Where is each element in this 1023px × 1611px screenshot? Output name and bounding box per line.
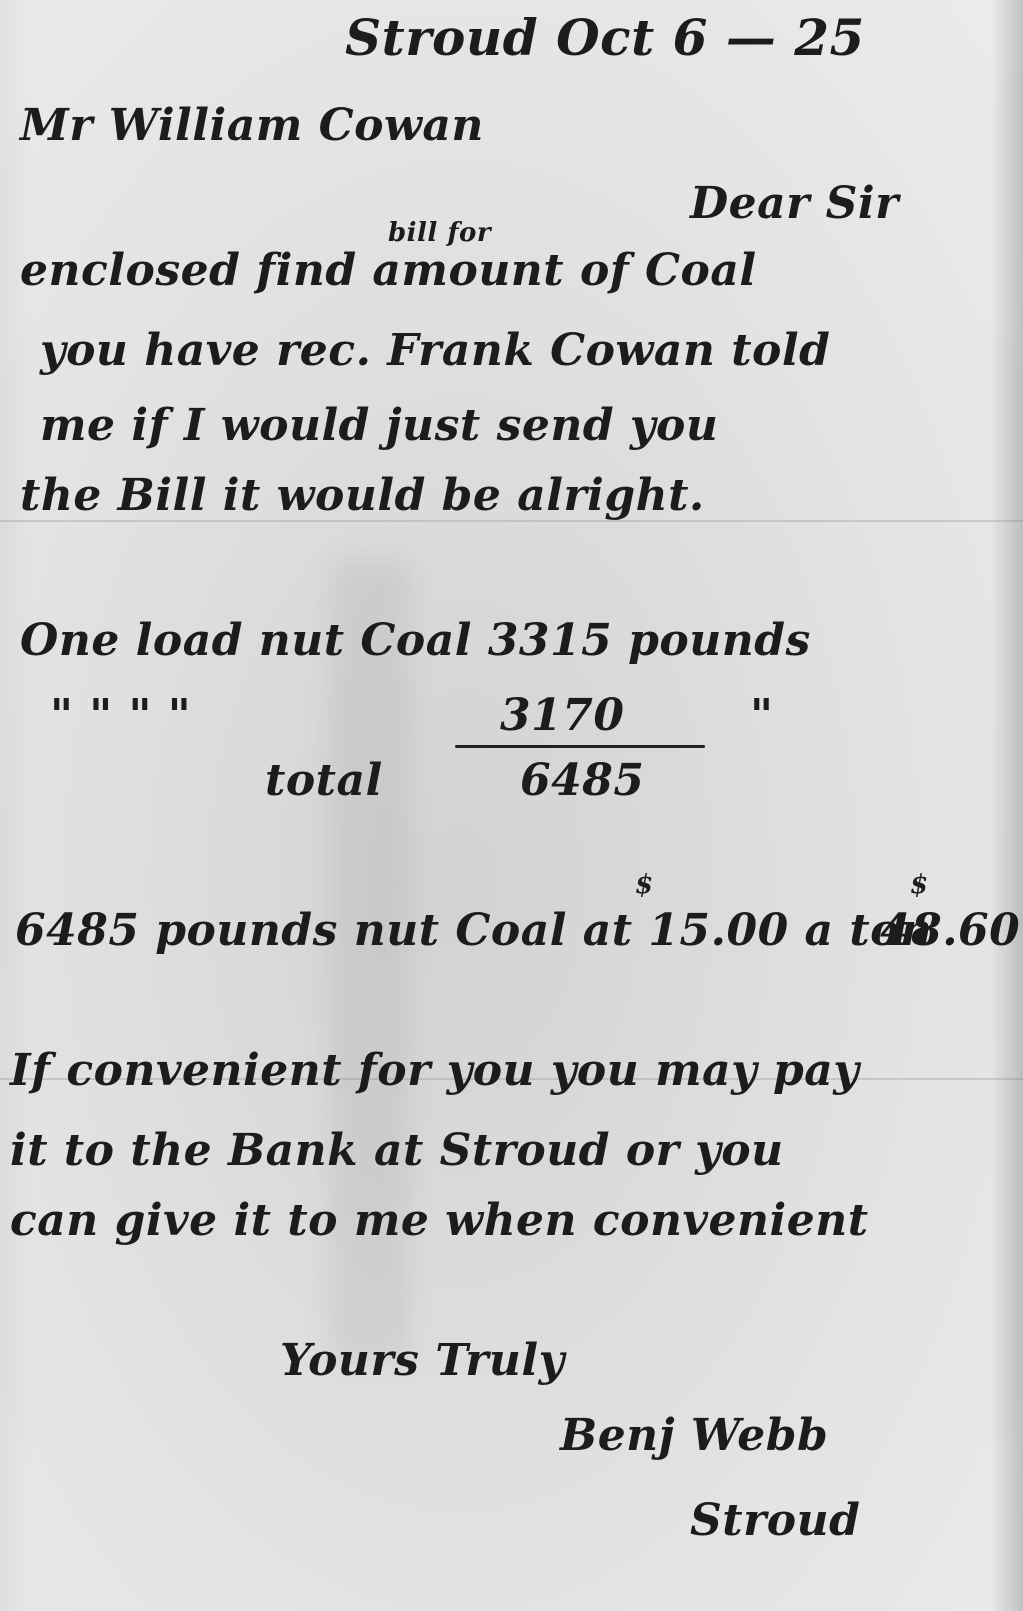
body-line-3: me if I would just send you <box>40 400 718 451</box>
amount-due: 48.60 <box>880 905 1020 956</box>
recipient-name: Mr William Cowan <box>20 100 484 151</box>
total-currency-mark: $ <box>910 870 929 900</box>
sum-rule <box>455 745 705 748</box>
closing-line-2: it to the Bank at Stroud or you <box>10 1125 784 1176</box>
signature-place: Stroud <box>690 1495 860 1546</box>
closing-line-1: If convenient for you you may pay <box>10 1045 859 1096</box>
price-line: 6485 pounds nut Coal at 15.00 a ton <box>15 905 933 956</box>
rate-currency-mark: $ <box>635 870 654 900</box>
item-line-2-unit: " <box>750 690 773 741</box>
dateline: Stroud Oct 6 — 25 <box>345 8 865 67</box>
total-value: 6485 <box>520 755 644 806</box>
letter-page: Stroud Oct 6 — 25 Mr William Cowan Dear … <box>0 0 1023 1611</box>
body-line-4: the Bill it would be alright. <box>20 470 705 521</box>
body-line-1: enclosed find amount of Coal <box>20 245 757 296</box>
ditto-marks: " " " " <box>50 690 191 741</box>
insertion-note: bill for <box>388 218 491 248</box>
body-line-2: you have rec. Frank Cowan told <box>40 325 830 376</box>
signature-name: Benj Webb <box>560 1410 828 1461</box>
closing-line-3: can give it to me when convenient <box>10 1195 869 1246</box>
total-label: total <box>265 755 383 806</box>
item-line-1: One load nut Coal 3315 pounds <box>20 615 811 666</box>
item-line-2-value: 3170 <box>500 690 624 741</box>
valediction: Yours Truly <box>280 1335 565 1386</box>
greeting: Dear Sir <box>690 178 899 229</box>
